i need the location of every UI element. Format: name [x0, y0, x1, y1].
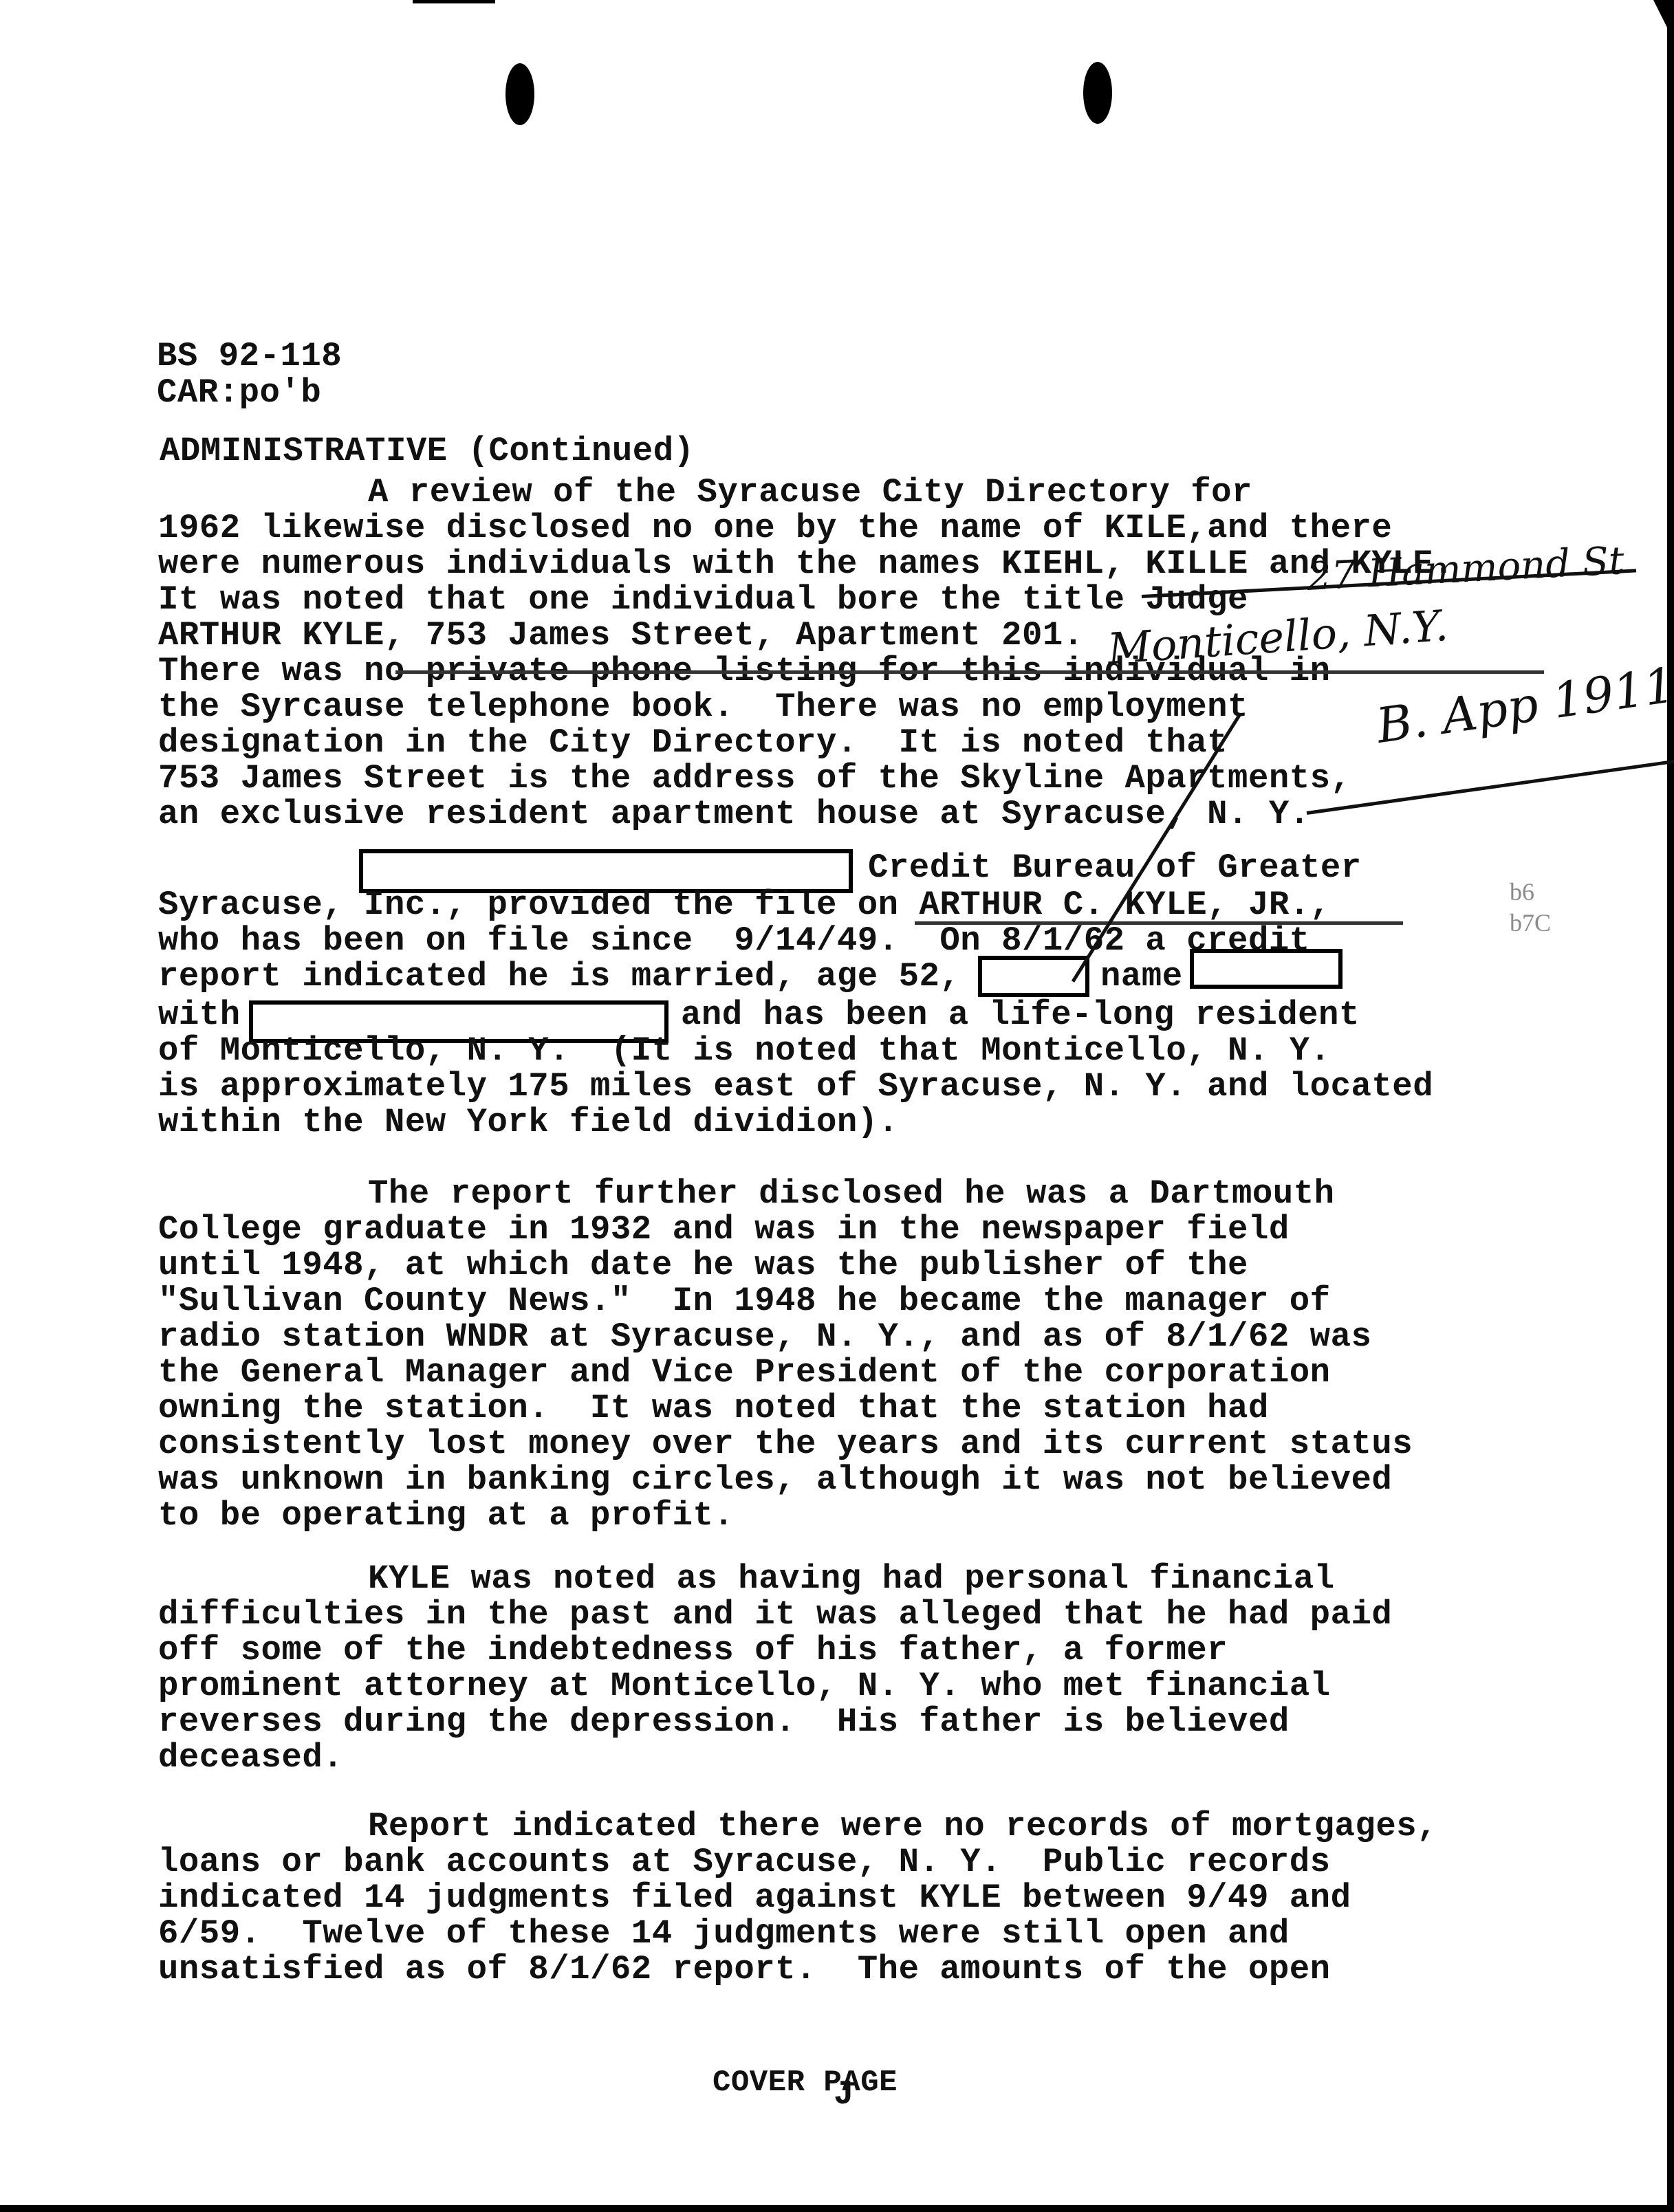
text-line: 1962 likewise disclosed no one by the na… [158, 510, 1392, 547]
redaction-box [1190, 949, 1343, 989]
text-line: reverses during the depression. His fath… [158, 1704, 1290, 1740]
text-line: and has been a life-long resident [681, 997, 1360, 1033]
text-line: is approximately 175 miles east of Syrac… [158, 1069, 1433, 1105]
handwritten-arrow-line [1307, 760, 1674, 815]
text-line: the Syrcause telephone book. There was n… [158, 689, 1248, 725]
text-line: difficulties in the past and it was alle… [158, 1597, 1392, 1633]
typist-initials: CAR:po'b [157, 375, 321, 411]
text-line: indicated 14 judgments filed against KYL… [158, 1880, 1351, 1916]
text-line: off some of the indebtedness of his fath… [158, 1632, 1228, 1669]
strikethrough-mark [915, 921, 1403, 925]
text-line: Report indicated there were no records o… [158, 1808, 1437, 1845]
text-line: until 1948, at which date he was the pub… [158, 1247, 1248, 1284]
text-line: The report further disclosed he was a Da… [158, 1176, 1335, 1212]
text-line: owning the station. It was noted that th… [158, 1390, 1269, 1427]
document-page: BS 92-118 CAR:po'b ADMINISTRATIVE (Conti… [0, 0, 1674, 2212]
punch-hole-icon [506, 63, 534, 125]
text-line: radio station WNDR at Syracuse, N. Y., a… [158, 1319, 1371, 1355]
punch-hole-icon [1083, 62, 1112, 124]
text-line: Credit Bureau of Greater [868, 850, 1362, 886]
text-line: consistently lost money over the years a… [158, 1426, 1413, 1463]
text-line: with [158, 997, 241, 1033]
text-line: KYLE was noted as having had personal fi… [158, 1561, 1335, 1597]
text-line: 753 James Street is the address of the S… [158, 760, 1351, 797]
text-line: were numerous individuals with the names… [158, 546, 1454, 582]
text-line: within the New York field dividion). [158, 1104, 899, 1141]
text-line: deceased. [158, 1740, 343, 1776]
text-line: unsatisfied as of 8/1/62 report. The amo… [158, 1951, 1331, 1988]
section-heading: ADMINISTRATIVE (Continued) [160, 433, 695, 470]
text-line: "Sullivan County News." In 1948 he becam… [158, 1283, 1331, 1319]
footer-title: COVER PAGE [713, 2065, 898, 2101]
scan-edge-top [413, 0, 495, 3]
text-line: designation in the City Directory. It is… [158, 725, 1228, 761]
exemption-code: b6 [1510, 877, 1534, 907]
text-line: It was noted that one individual bore th… [158, 582, 1248, 618]
text-line: the General Manager and Vice President o… [158, 1355, 1331, 1391]
text-line: ARTHUR KYLE, 753 James Street, Apartment… [158, 617, 1084, 654]
text-line: 6/59. Twelve of these 14 judgments were … [158, 1916, 1290, 1952]
redaction-box [978, 956, 1089, 997]
scan-edge-right [1667, 0, 1674, 2212]
text-line: A review of the Syracuse City Directory … [158, 474, 1252, 511]
text-line: Syracuse, Inc., provided the file on ART… [158, 887, 1331, 923]
text-line: loans or bank accounts at Syracuse, N. Y… [158, 1844, 1331, 1881]
folded-corner [1653, 0, 1674, 41]
text-line: to be operating at a profit. [158, 1498, 734, 1534]
text-line: was unknown in banking circles, although… [158, 1462, 1392, 1498]
text-line: an exclusive resident apartment house at… [158, 796, 1310, 833]
text-line: who has been on file since 9/14/49. On 8… [158, 923, 1310, 959]
scan-edge-bottom [0, 2205, 1674, 2212]
strikethrough-mark [395, 670, 1544, 674]
text-line: College graduate in 1932 and was in the … [158, 1212, 1290, 1248]
file-number: BS 92-118 [157, 338, 342, 375]
text-line: prominent attorney at Monticello, N. Y. … [158, 1668, 1331, 1705]
text-line: of Monticello, N. Y. (It is noted that M… [158, 1033, 1331, 1069]
exemption-code: b7C [1510, 908, 1551, 938]
text-line: name [1100, 959, 1183, 995]
text-line: report indicated he is married, age 52, [158, 959, 960, 995]
